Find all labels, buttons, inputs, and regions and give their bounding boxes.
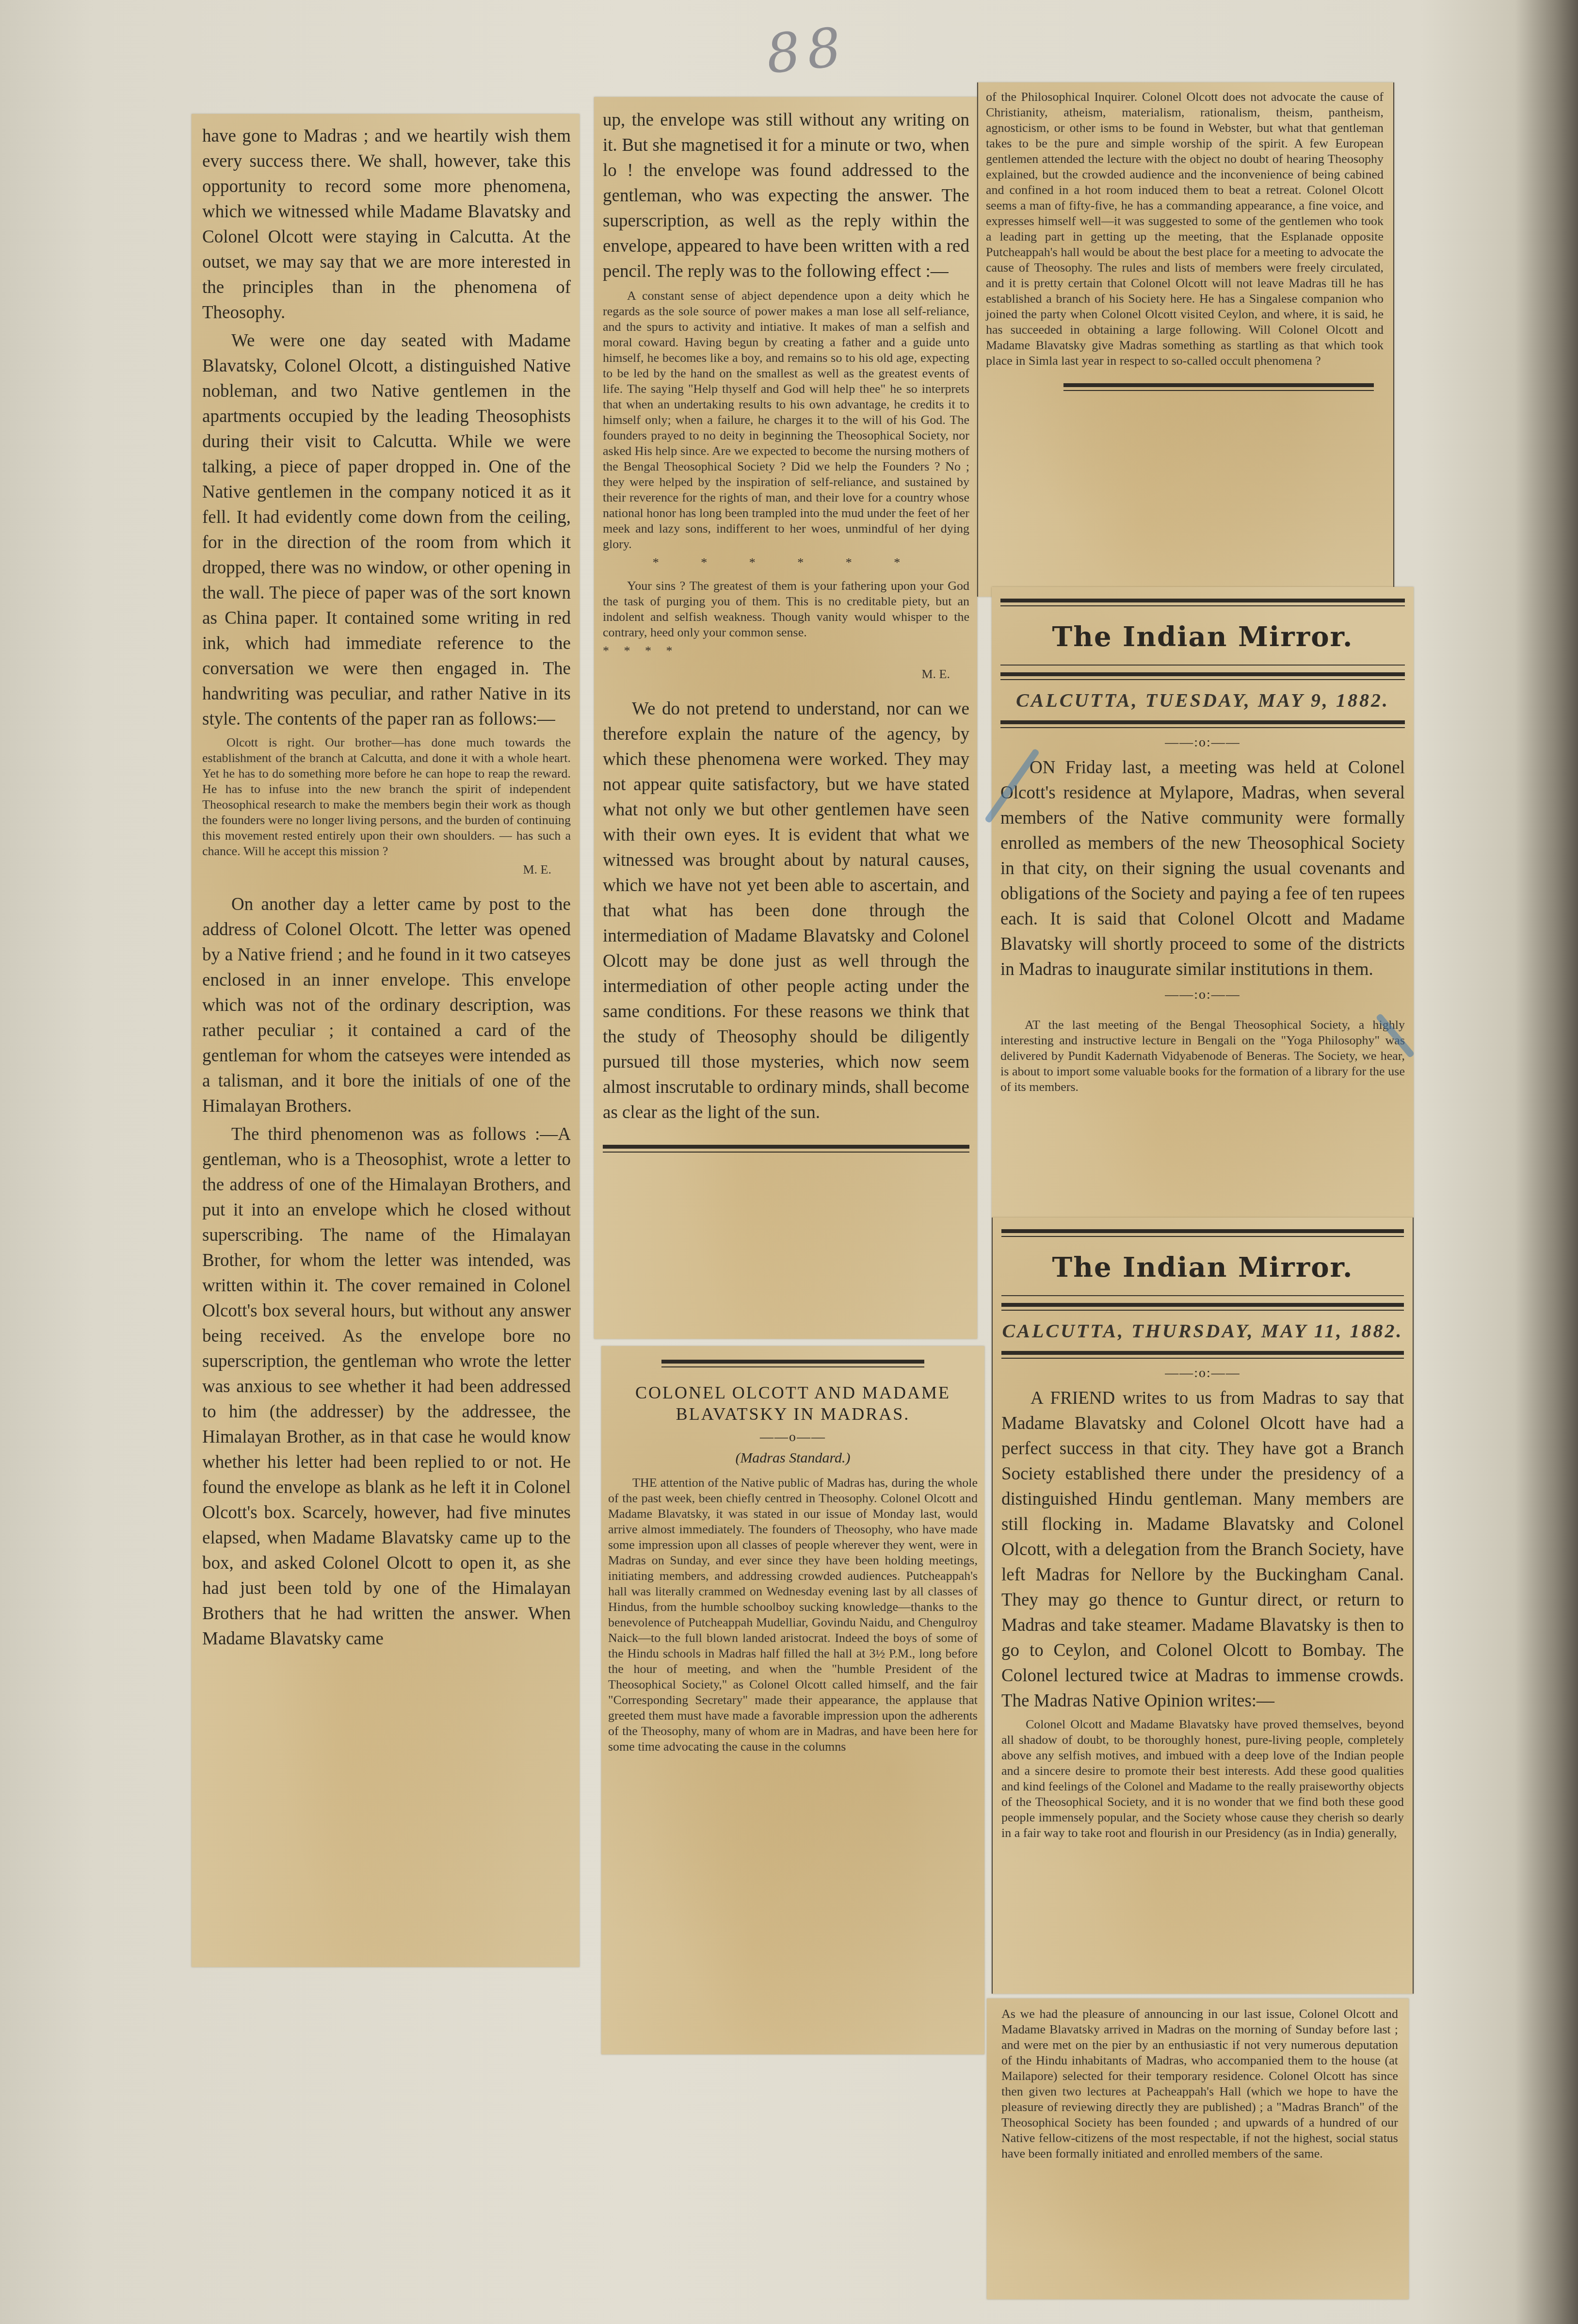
quote-text: Colonel Olcott and Madame Blavatsky have… (1001, 1717, 1404, 1841)
rule (1001, 1295, 1404, 1296)
handwritten-page-number: 88 (763, 16, 851, 86)
paragraph: On another day a letter came by post to … (202, 892, 571, 1119)
double-rule (1001, 1229, 1404, 1237)
clipping-column-3-top: of the Philosophical Inquirer. Colonel O… (977, 82, 1394, 597)
news-item: As we had the pleasure of announcing in … (1001, 2006, 1398, 2161)
news-item: A FRIEND writes to us from Madras to say… (1001, 1386, 1404, 1714)
clipping-may-9: The Indian Mirror. CALCUTTA, TUESDAY, MA… (992, 587, 1414, 1218)
clipping-column-1: have gone to Madras ; and we heartily wi… (192, 114, 580, 1967)
double-rule (1000, 720, 1405, 728)
double-rule (1001, 1303, 1404, 1311)
news-item: AT the last meeting of the Bengal Theoso… (1000, 1017, 1405, 1095)
quote-text: Olcott is right. Our brother—has done mu… (202, 735, 571, 859)
column-3-top-text: of the Philosophical Inquirer. Colonel O… (986, 89, 1384, 369)
quoted-opinion: Colonel Olcott and Madame Blavatsky have… (1001, 1717, 1404, 1841)
paragraph: ON Friday last, a meeting was held at Co… (1000, 755, 1405, 982)
paragraph: We do not pretend to understand, nor can… (603, 697, 969, 1125)
quote-text: Your sins ? The greatest of them is your… (603, 578, 969, 640)
paragraph: As we had the pleasure of announcing in … (1001, 2006, 1398, 2161)
paragraph: THE attention of the Native public of Ma… (608, 1475, 978, 1755)
quote-signature: M. E. (202, 862, 571, 878)
separator: ——o—— (608, 1430, 978, 1445)
article-body: THE attention of the Native public of Ma… (608, 1475, 978, 1755)
masthead-title: The Indian Mirror. (1001, 1251, 1404, 1284)
clipping-bottom-right: As we had the pleasure of announcing in … (987, 1999, 1409, 2299)
clipping-madras-standard: COLONEL OLCOTT AND MADAME BLAVATSKY IN M… (601, 1346, 984, 2054)
paragraph: up, the envelope was still without any w… (603, 108, 969, 284)
quote-text: A constant sense of abject dependence up… (603, 288, 969, 552)
stars-divider: * * * * * * (603, 555, 969, 570)
stars-divider: * * * * (603, 643, 969, 659)
double-rule (1001, 1351, 1404, 1359)
news-item: ON Friday last, a meeting was held at Co… (1000, 755, 1405, 982)
column-2-text: up, the envelope was still without any w… (603, 108, 969, 284)
quoted-note: Olcott is right. Our brother—has done mu… (202, 735, 571, 878)
column-1-text-continued: On another day a letter came by post to … (202, 892, 571, 1652)
masthead-date: CALCUTTA, TUESDAY, MAY 9, 1882. (1000, 689, 1405, 712)
article-headline: COLONEL OLCOTT AND MADAME BLAVATSKY IN M… (618, 1382, 968, 1425)
paragraph: AT the last meeting of the Bengal Theoso… (1000, 1017, 1405, 1095)
quoted-reply: A constant sense of abject dependence up… (603, 288, 969, 682)
masthead-date: CALCUTTA, THURSDAY, MAY 11, 1882. (1001, 1319, 1404, 1342)
double-rule (603, 1145, 969, 1153)
double-rule (1000, 599, 1405, 606)
paragraph: have gone to Madras ; and we heartily wi… (202, 124, 571, 325)
column-1-text: have gone to Madras ; and we heartily wi… (202, 124, 571, 732)
separator: ——:o:—— (1001, 1365, 1404, 1381)
paragraph: We were one day seated with Madame Blava… (202, 328, 571, 732)
double-rule (1000, 672, 1405, 680)
separator: ——:o:—— (1000, 735, 1405, 750)
column-2-text-continued: We do not pretend to understand, nor can… (603, 697, 969, 1125)
paragraph: The third phenomenon was as follows :—A … (202, 1122, 571, 1652)
clipping-may-11: The Indian Mirror. CALCUTTA, THURSDAY, M… (992, 1218, 1414, 1994)
separator: ——:o:—— (1000, 987, 1405, 1003)
quote-signature: M. E. (603, 666, 969, 682)
double-rule (661, 1360, 924, 1367)
paragraph: A FRIEND writes to us from Madras to say… (1001, 1386, 1404, 1714)
rule (1000, 665, 1405, 666)
masthead-title: The Indian Mirror. (1000, 621, 1405, 653)
double-rule (1063, 383, 1374, 391)
paragraph: of the Philosophical Inquirer. Colonel O… (986, 89, 1384, 369)
clipping-column-2-upper: up, the envelope was still without any w… (594, 97, 977, 1339)
article-source: (Madras Standard.) (608, 1450, 978, 1466)
